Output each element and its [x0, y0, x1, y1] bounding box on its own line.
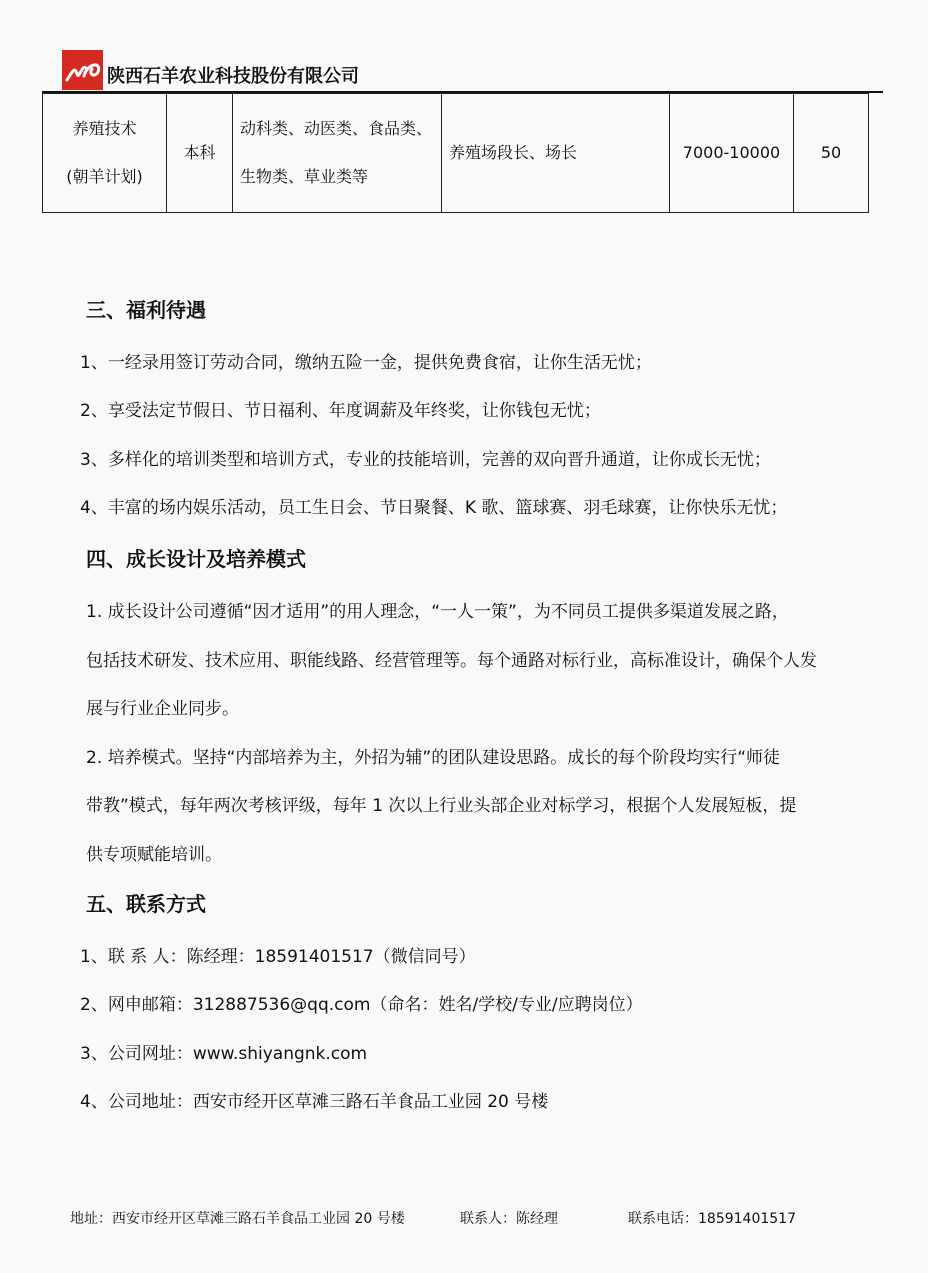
- growth-line: 包括技术研发、技术应用、职能线路、经营管理等。每个通路对标行业，高标准设计，确保…: [86, 646, 817, 671]
- growth-line: 带教”模式，每年两次考核评级，每年 1 次以上行业头部企业对标学习，根据个人发展…: [86, 791, 796, 816]
- contact-heading: 五、联系方式: [86, 888, 206, 917]
- table-row: 养殖技术 (朝羊计划) 本科 动科类、动医类、食品类、 生物类、草业类等 养殖场…: [43, 94, 869, 213]
- contact-email: 2、网申邮箱：312887536@qq.com（命名：姓名/学校/专业/应聘岗位…: [80, 990, 643, 1015]
- majors-cell: 动科类、动医类、食品类、 生物类、草业类等: [233, 94, 442, 213]
- growth-line: 1. 成长设计公司遵循“因才适用”的用人理念，“一人一策”，为不同员工提供多渠道…: [86, 597, 789, 622]
- salary-cell: 7000-10000: [670, 94, 794, 213]
- welfare-item: 4、丰富的场内娱乐活动，员工生日会、节日聚餐、K 歌、篮球赛、羽毛球赛，让你快乐…: [80, 493, 787, 518]
- headcount-cell: 50: [794, 94, 869, 213]
- contact-website: 3、公司网址：www.shiyangnk.com: [80, 1039, 367, 1064]
- welfare-heading: 三、福利待遇: [86, 294, 206, 323]
- majors-line: 动科类、动医类、食品类、: [240, 117, 441, 141]
- growth-line: 展与行业企业同步。: [86, 694, 239, 719]
- position-program: (朝羊计划): [43, 165, 166, 189]
- contact-person: 1、联 系 人：陈经理：18591401517（微信同号）: [80, 942, 476, 967]
- letterhead: 陕西石羊农业科技股份有限公司: [62, 50, 359, 90]
- growth-line: 2. 培养模式。坚持“内部培养为主，外招为辅”的团队建设思路。成长的每个阶段均实…: [86, 743, 780, 768]
- company-logo-icon: [62, 50, 103, 90]
- contact-address: 4、公司地址：西安市经开区草滩三路石羊食品工业园 20 号楼: [80, 1087, 548, 1112]
- growth-heading: 四、成长设计及培养模式: [86, 543, 306, 572]
- footer-contact-person: 联系人：陈经理: [460, 1208, 558, 1228]
- welfare-item: 2、享受法定节假日、节日福利、年度调薪及年终奖，让你钱包无忧；: [80, 396, 601, 421]
- job-table: 养殖技术 (朝羊计划) 本科 动科类、动医类、食品类、 生物类、草业类等 养殖场…: [42, 93, 869, 213]
- position-cell: 养殖技术 (朝羊计划): [43, 94, 167, 213]
- company-name: 陕西石羊农业科技股份有限公司: [107, 66, 359, 88]
- footer-phone: 联系电话：18591401517: [628, 1208, 796, 1228]
- career-path-cell: 养殖场段长、场长: [442, 94, 670, 213]
- growth-line: 供专项赋能培训。: [86, 840, 222, 865]
- majors-line: 生物类、草业类等: [240, 165, 441, 189]
- education-cell: 本科: [167, 94, 233, 213]
- footer-address: 地址：西安市经开区草滩三路石羊食品工业园 20 号楼: [70, 1208, 405, 1228]
- position-name: 养殖技术: [43, 117, 166, 141]
- welfare-item: 3、多样化的培训类型和培训方式，专业的技能培训，完善的双向晋升通道，让你成长无忧…: [80, 445, 771, 470]
- welfare-item: 1、一经录用签订劳动合同，缴纳五险一金，提供免费食宿，让你生活无忧；: [80, 348, 652, 373]
